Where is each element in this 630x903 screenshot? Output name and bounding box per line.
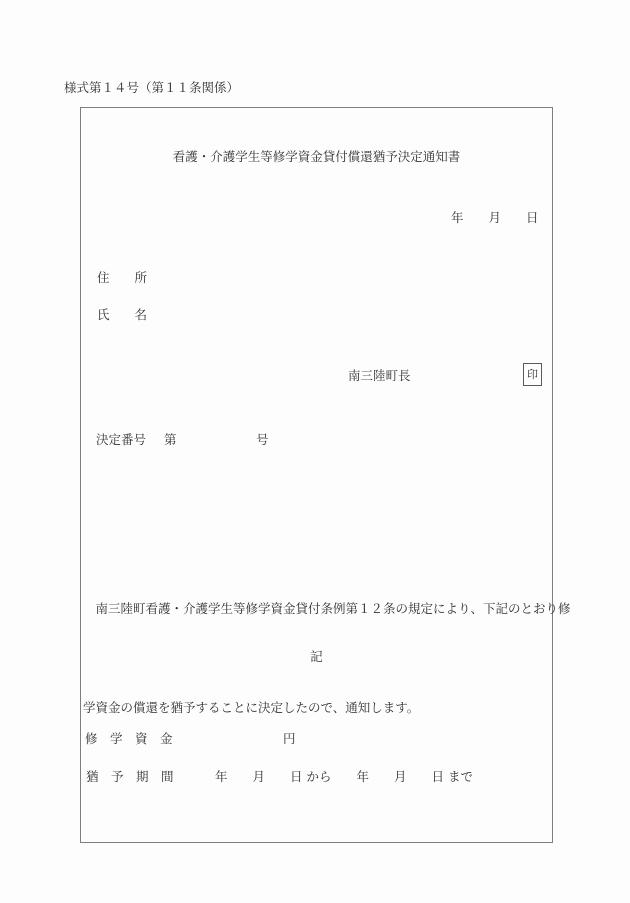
mayor-title-label: 南三陸町長 bbox=[348, 366, 411, 384]
scholarship-amount-label: 修 学 資 金 bbox=[85, 729, 173, 747]
ki-heading: 記 bbox=[81, 647, 552, 665]
seal-box: 印 bbox=[523, 363, 542, 386]
body-line-2: 学資金の償還を猶予することに決定したので、通知します。 bbox=[83, 691, 551, 724]
deferment-period-row: 猶 予 期 間 年 月 日 から 年 月 日 まで bbox=[81, 767, 552, 785]
scholarship-amount-row: 修 学 資 金 円 bbox=[81, 729, 552, 747]
seal-character: 印 bbox=[527, 369, 538, 380]
document-title: 看護・介護学生等修学資金貸付償還猶予決定通知書 bbox=[81, 147, 552, 165]
date-line: 年 月 日 bbox=[451, 208, 539, 226]
decision-number-label: 決定番号 bbox=[96, 430, 146, 448]
decision-number-suffix: 号 bbox=[256, 430, 269, 448]
scholarship-amount-unit: 円 bbox=[283, 729, 296, 747]
name-label: 氏 名 bbox=[97, 305, 147, 323]
address-label: 住 所 bbox=[97, 268, 147, 286]
deferment-period-value: 年 月 日 から 年 月 日 まで bbox=[215, 767, 473, 785]
form-number-label: 様式第１４号（第１１条関係） bbox=[64, 78, 239, 96]
decision-number-row: 決定番号 第 号 bbox=[81, 430, 552, 448]
document-page: 様式第１４号（第１１条関係） 看護・介護学生等修学資金貸付償還猶予決定通知書 年… bbox=[0, 0, 630, 903]
form-border-box: 看護・介護学生等修学資金貸付償還猶予決定通知書 年 月 日 住 所 氏 名 南三… bbox=[80, 107, 553, 843]
decision-number-prefix: 第 bbox=[164, 430, 177, 448]
body-line-1: 南三陸町看護・介護学生等修学資金貸付条例第１２条の規定により、下記のとおり修 bbox=[83, 592, 551, 625]
deferment-period-label: 猶 予 期 間 bbox=[86, 767, 174, 785]
